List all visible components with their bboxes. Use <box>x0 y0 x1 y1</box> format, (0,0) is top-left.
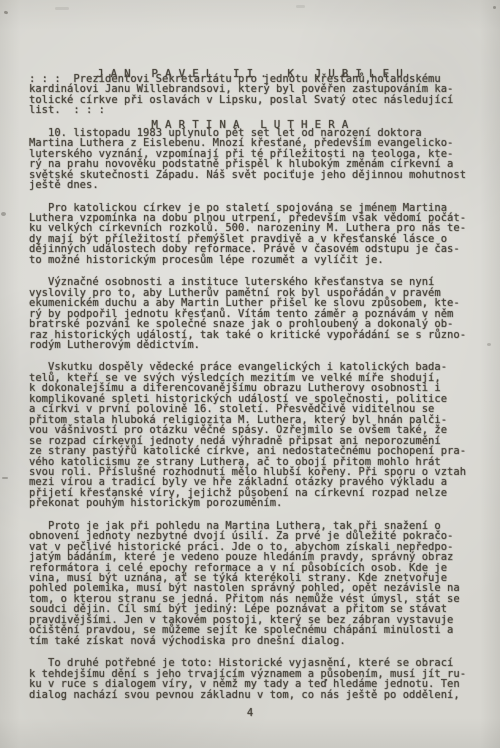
document-body: : : : Prezidentovi Sekretariátu pro jedn… <box>29 74 489 712</box>
scan-speck <box>2 477 8 479</box>
scan-speck <box>493 6 496 9</box>
scan-speck <box>487 343 491 346</box>
paragraph-5: Proto je jak při pohledu na Martina Luth… <box>29 521 489 646</box>
paragraph-intro: : : : Prezidentovi Sekretariátu pro jedn… <box>29 74 489 116</box>
paragraph-2: Pro katolickou církev je po staletí spoj… <box>29 203 489 266</box>
page-number: 4 <box>0 707 500 719</box>
paragraph-4: Vskutku dospěly vědecké práce evangelick… <box>29 362 489 508</box>
scan-smudge <box>296 5 305 8</box>
paragraph-1: 10. listopadu 1983 uplynulo pět set let … <box>29 128 489 191</box>
scan-smudge <box>55 7 69 10</box>
scanned-document-page: J A N P A V E L I I . K J U B I L E U M … <box>0 0 500 748</box>
scan-speck <box>4 10 9 14</box>
paragraph-6: To druhé potřebné je toto: Historické vy… <box>29 658 489 700</box>
paragraph-3: Význačné osobnosti a instituce luterskéh… <box>29 277 489 350</box>
scan-speck <box>1 212 6 216</box>
scan-speck <box>62 214 65 217</box>
